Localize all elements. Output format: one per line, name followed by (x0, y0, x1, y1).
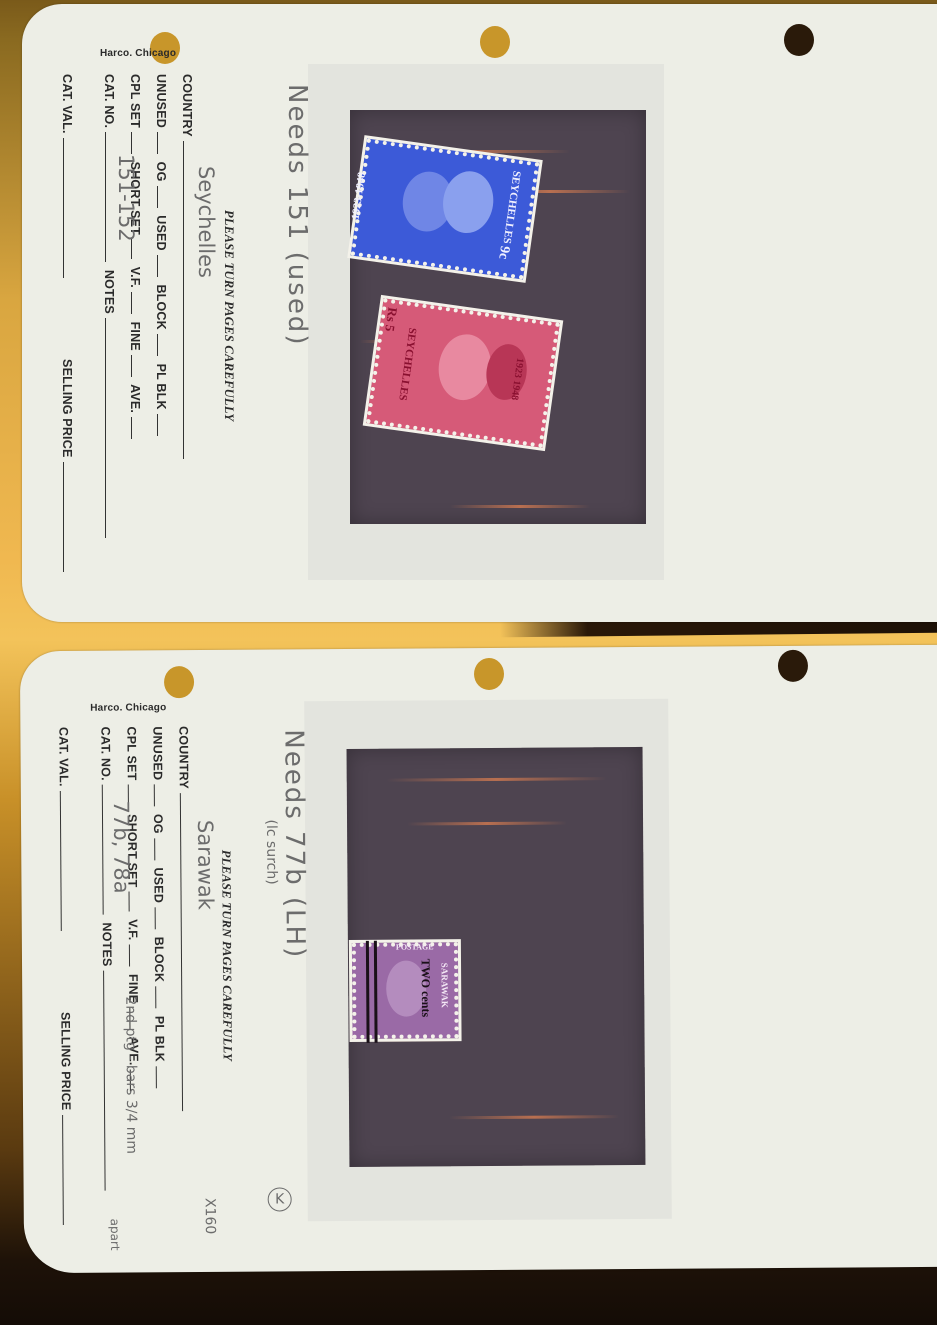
handwritten-mark-k-circle: K (268, 1187, 292, 1211)
handwritten-notes: 2nd ptg - bars 3/4 mm (122, 996, 139, 1154)
stamp-country: SARAWAK (440, 963, 450, 1008)
binder-hole (784, 24, 814, 56)
stock-card-sarawak: TWO cents SARAWAK POSTAGE Harco. Chicago… (20, 645, 937, 1273)
stamp-value: Rs 5 (381, 306, 400, 332)
binder-hole (480, 26, 510, 58)
handwritten-title: Needs 151 (used) (282, 84, 312, 346)
stamp-country: SEYCHELLES (396, 327, 418, 401)
row-cat-no: CAT. NO. NOTES (98, 727, 115, 1195)
row-country: COUNTRY (180, 74, 194, 463)
handwritten-mark-x160: X160 (202, 1198, 218, 1234)
handwritten-subtitle: (lc surch) (263, 819, 279, 884)
handwritten-cat-no: 151-152 (114, 154, 138, 242)
brand-label: Harco. Chicago (100, 48, 176, 59)
row-country: COUNTRY (176, 726, 193, 1115)
row-cat-val: CAT. VAL. SELLING PRICE (56, 727, 74, 1229)
handwritten-cat-no: 77b, 78a (109, 800, 134, 893)
row-unused: UNUSED OG USED BLOCK PL BLK (154, 74, 168, 440)
row-cat-val: CAT. VAL. SELLING PRICE (60, 74, 74, 576)
binder-hole (778, 650, 808, 682)
binder-hole (164, 666, 194, 698)
handwritten-country: Seychelles (194, 166, 218, 278)
row-cpl-set: CPL SET SHORT SET V.F. FINE AVE. (128, 74, 142, 443)
stamp-value: 9c (494, 245, 512, 260)
stamp-overprint: TWO cents (418, 959, 433, 1017)
handwritten-title: Needs 77b (LH) (278, 729, 310, 959)
stamp-label-top: POSTAGE (396, 942, 434, 951)
brand-label: Harco. Chicago (90, 702, 166, 714)
header-notice: PLEASE TURN PAGES CAREFULLY (221, 210, 236, 421)
stamp-country: SEYCHELLES (501, 170, 523, 244)
binder-hole (474, 658, 504, 690)
row-cat-no: CAT. NO. NOTES (102, 74, 116, 542)
stamp-seychelles-blue: 1923-1948 SEYCHELLES 9c (351, 138, 540, 279)
header-notice: PLEASE TURN PAGES CAREFULLY (218, 850, 234, 1061)
stamp-seychelles-red: Rs 5 SEYCHELLES 1923 1948 (366, 298, 560, 448)
row-unused: UNUSED OG USED BLOCK PL BLK (150, 726, 167, 1092)
handwritten-notes-continuation: apart (108, 1219, 122, 1251)
stamp-sarawak: TWO cents SARAWAK POSTAGE (352, 942, 459, 1039)
handwritten-country: Sarawak (193, 820, 218, 910)
stock-card-seychelles: 1923-1948 SEYCHELLES 9c Rs 5 SEYCHELLES … (22, 4, 937, 622)
